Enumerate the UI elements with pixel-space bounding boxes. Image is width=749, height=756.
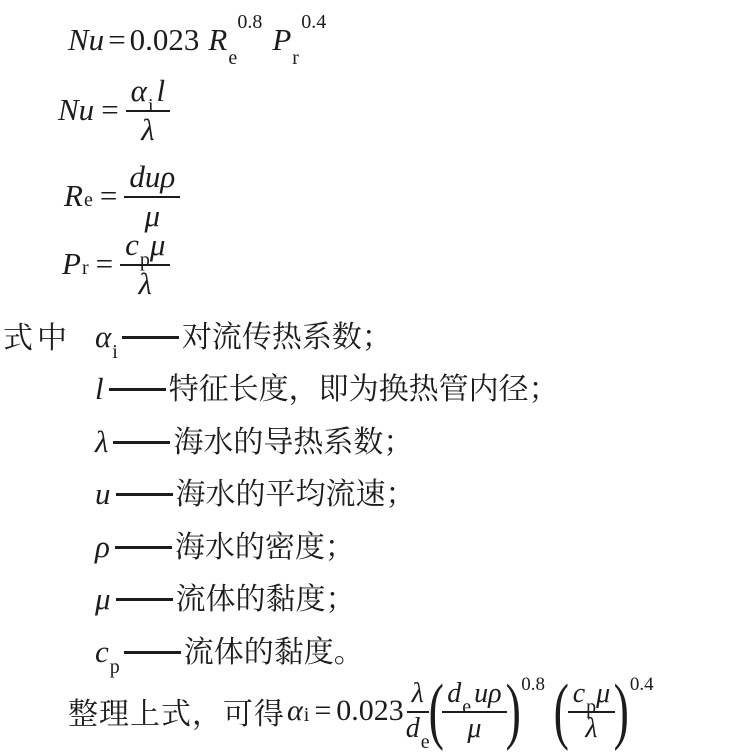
conclusion-exponent-08: 0.8: [521, 674, 545, 696]
formula-nusselt-correlation: Nu = 0.023 R 0.8 e P 0.4 r: [68, 12, 326, 68]
f4-lhs-base: P: [62, 246, 81, 282]
where-row-alpha: 式中 αi对流传热系数；: [95, 312, 392, 356]
f2-equals: =: [94, 92, 125, 128]
em-dash: [116, 493, 173, 496]
em-dash: [109, 388, 166, 391]
where-row-density: ρ海水的密度；: [95, 522, 355, 566]
formula-conclusion: 整理上式，可得 αi = 0.023 λ de ( deuρ μ ) 0.8 (…: [68, 672, 654, 750]
where-description: 海水的平均流速；: [176, 478, 416, 511]
document-page: Nu = 0.023 R 0.8 e P 0.4 r Nu = αil λ Re…: [0, 0, 749, 756]
where-symbol: u: [95, 476, 112, 511]
em-dash: [122, 336, 179, 339]
f4-mu: μ: [150, 227, 166, 262]
f2-fraction: αil λ: [126, 74, 170, 145]
f1-prandtl-base: P: [272, 22, 291, 58]
em-dash: [115, 546, 172, 549]
em-dash: [124, 651, 181, 654]
where-description: 特征长度，即为换热管内径；: [169, 373, 559, 406]
f3-numerator: duρ: [124, 160, 180, 198]
where-description: 流体的黏度。: [184, 636, 364, 669]
f1-lhs: Nu: [68, 22, 104, 58]
conclusion-exponent-04: 0.4: [630, 674, 654, 696]
f1-prandtl-subsup: 0.4 r: [292, 12, 326, 68]
where-prefix: 式中: [3, 313, 71, 357]
where-symbol: μ: [95, 581, 112, 616]
conclusion-coefficient: 0.023: [336, 694, 404, 728]
where-symbol: l: [95, 371, 105, 406]
f4-cp-subscript: p: [140, 249, 150, 271]
formula-reynolds-definition: Re = duρ μ: [64, 160, 180, 231]
f2-numerator: αil: [126, 74, 170, 112]
conclusion-equals: =: [309, 694, 336, 728]
where-symbol: αi: [95, 319, 118, 354]
f1-reynolds-exponent: 0.8: [237, 12, 262, 32]
where-row-heat-capacity: cp流体的黏度。: [95, 627, 364, 671]
where-symbol: cp: [95, 634, 120, 669]
where-description: 海水的导热系数；: [173, 426, 413, 459]
f1-reynolds-subsup: 0.8 e: [228, 12, 262, 68]
em-dash: [113, 441, 170, 444]
f1-equals: =: [104, 22, 129, 58]
f4-numerator: cpμ: [120, 228, 170, 266]
conclusion-reynolds-fraction: deuρ μ: [442, 679, 506, 743]
where-row-velocity: u海水的平均流速；: [95, 469, 416, 513]
f3-lhs-base: R: [64, 178, 83, 214]
f1-reynolds-base: R: [208, 22, 227, 58]
where-row-lambda: λ海水的导热系数；: [95, 417, 413, 461]
where-symbol: ρ: [95, 529, 111, 564]
f4-fraction: cpμ λ: [120, 228, 170, 299]
where-row-viscosity: μ流体的黏度；: [95, 574, 356, 618]
where-symbol: λ: [95, 424, 109, 459]
em-dash: [116, 598, 173, 601]
f4-equals: =: [89, 246, 120, 282]
conclusion-prandtl-fraction: cpμ λ: [568, 679, 616, 743]
formula-nusselt-definition: Nu = αil λ: [58, 74, 170, 145]
f2-length-var: l: [157, 73, 166, 108]
f2-alpha-subscript: i: [148, 95, 154, 117]
formula-prandtl-definition: Pr = cpμ λ: [62, 228, 170, 299]
conclusion-alpha: α: [287, 694, 303, 728]
conclusion-de: de: [406, 713, 430, 743]
where-description: 流体的黏度；: [176, 583, 356, 616]
f2-alpha: α: [131, 73, 147, 108]
f1-prandtl-subscript: r: [292, 48, 299, 68]
where-row-length: l特征长度，即为换热管内径；: [95, 364, 559, 408]
f2-lhs: Nu: [58, 92, 94, 128]
conclusion-lambda-over-de: λ de: [406, 679, 430, 743]
f3-fraction: duρ μ: [124, 160, 180, 231]
conclusion-lead-text: 整理上式，可得: [68, 689, 285, 733]
f4-cp-base: c: [125, 227, 139, 262]
where-description: 对流传热系数；: [182, 321, 392, 354]
f1-coefficient: 0.023: [130, 22, 200, 58]
f3-equals: =: [93, 178, 124, 214]
where-description: 海水的密度；: [175, 531, 355, 564]
f1-prandtl-exponent: 0.4: [301, 12, 326, 32]
f1-reynolds-subscript: e: [228, 48, 237, 68]
